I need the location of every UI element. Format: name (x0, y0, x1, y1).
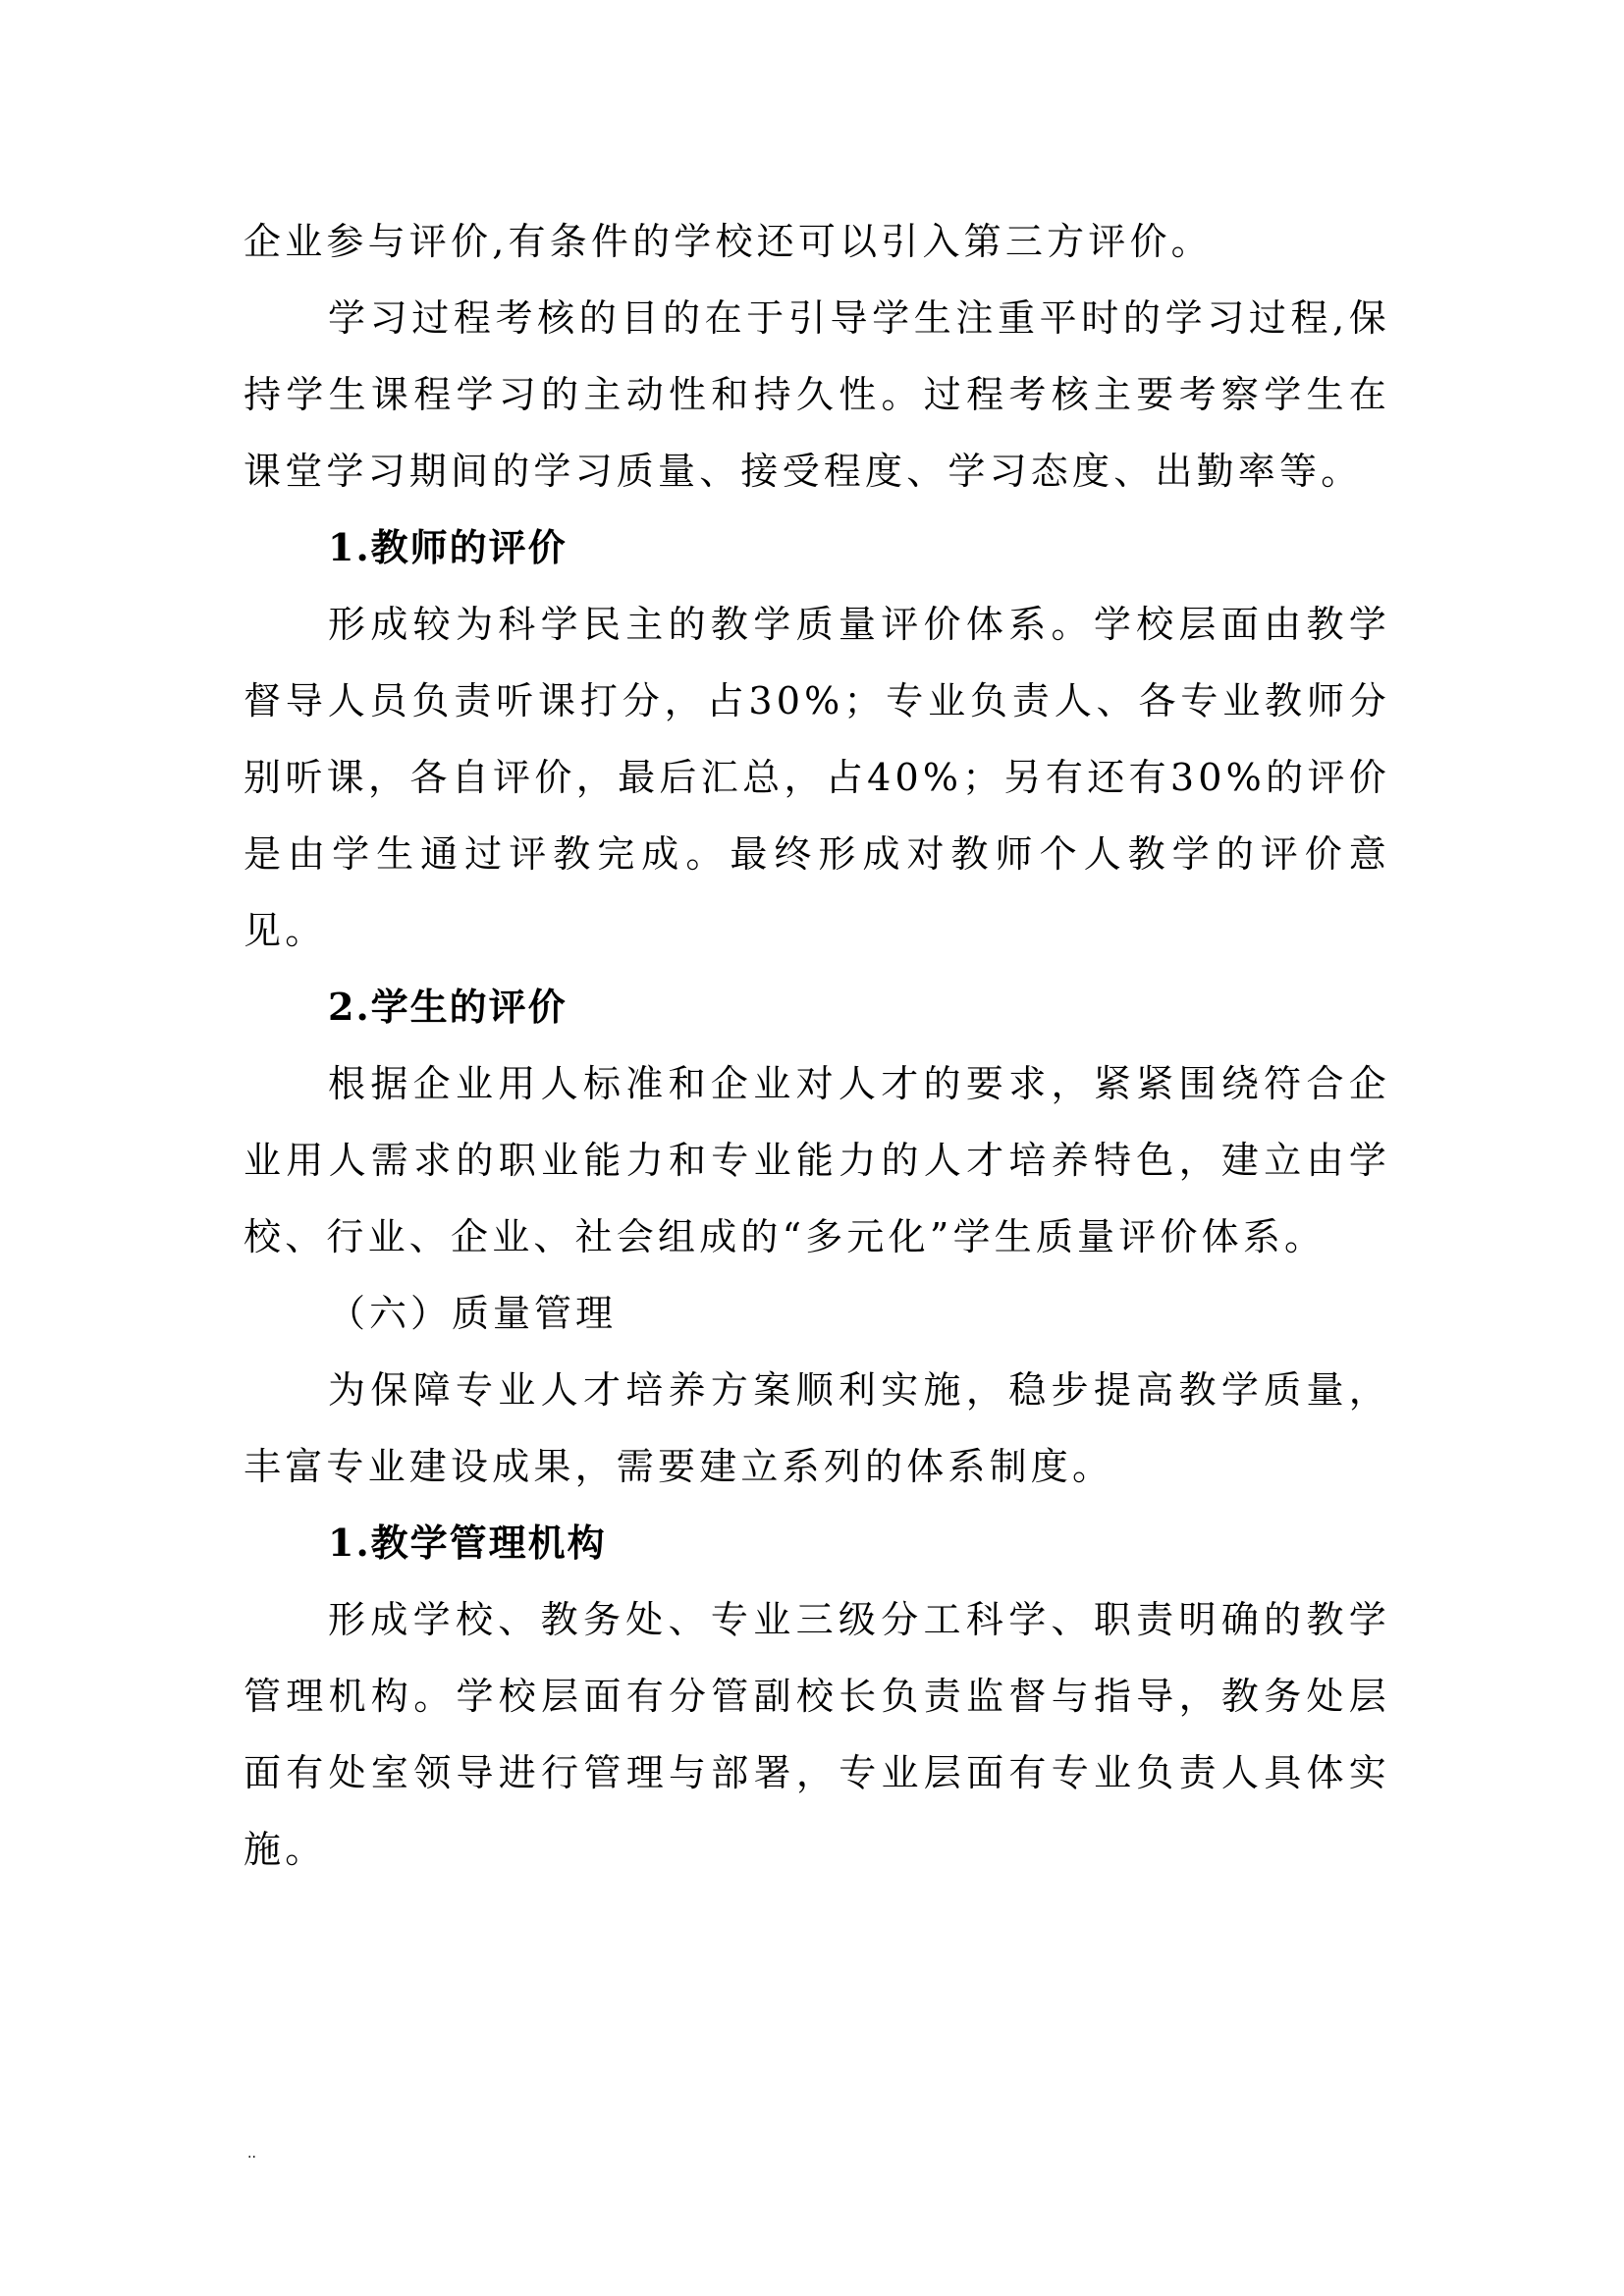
heading-teaching-management-body: 1.教学管理机构 (244, 1505, 1390, 1581)
footer-mark: .. (247, 2147, 256, 2161)
paragraph-third-party-evaluation: 企业参与评价,有条件的学校还可以引入第三方评价。 (244, 203, 1390, 280)
section-title-quality-management: （六）质量管理 (244, 1275, 1390, 1352)
heading-student-evaluation: 2.学生的评价 (244, 969, 1390, 1045)
paragraph-teacher-evaluation: 形成较为科学民主的教学质量评价体系。学校层面由教学督导人员负责听课打分，占30%… (244, 586, 1390, 969)
document-page: 企业参与评价,有条件的学校还可以引入第三方评价。 学习过程考核的目的在于引导学生… (244, 203, 1390, 1888)
paragraph-teaching-management-body: 形成学校、教务处、专业三级分工科学、职责明确的教学管理机构。学校层面有分管副校长… (244, 1581, 1390, 1888)
paragraph-quality-management: 为保障专业人才培养方案顺利实施，稳步提高教学质量，丰富专业建设成果，需要建立系列… (244, 1352, 1390, 1505)
paragraph-student-evaluation: 根据企业用人标准和企业对人才的要求，紧紧围绕符合企业用人需求的职业能力和专业能力… (244, 1045, 1390, 1275)
heading-teacher-evaluation: 1.教师的评价 (244, 509, 1390, 586)
paragraph-process-assessment: 学习过程考核的目的在于引导学生注重平时的学习过程,保持学生课程学习的主动性和持久… (244, 280, 1390, 509)
